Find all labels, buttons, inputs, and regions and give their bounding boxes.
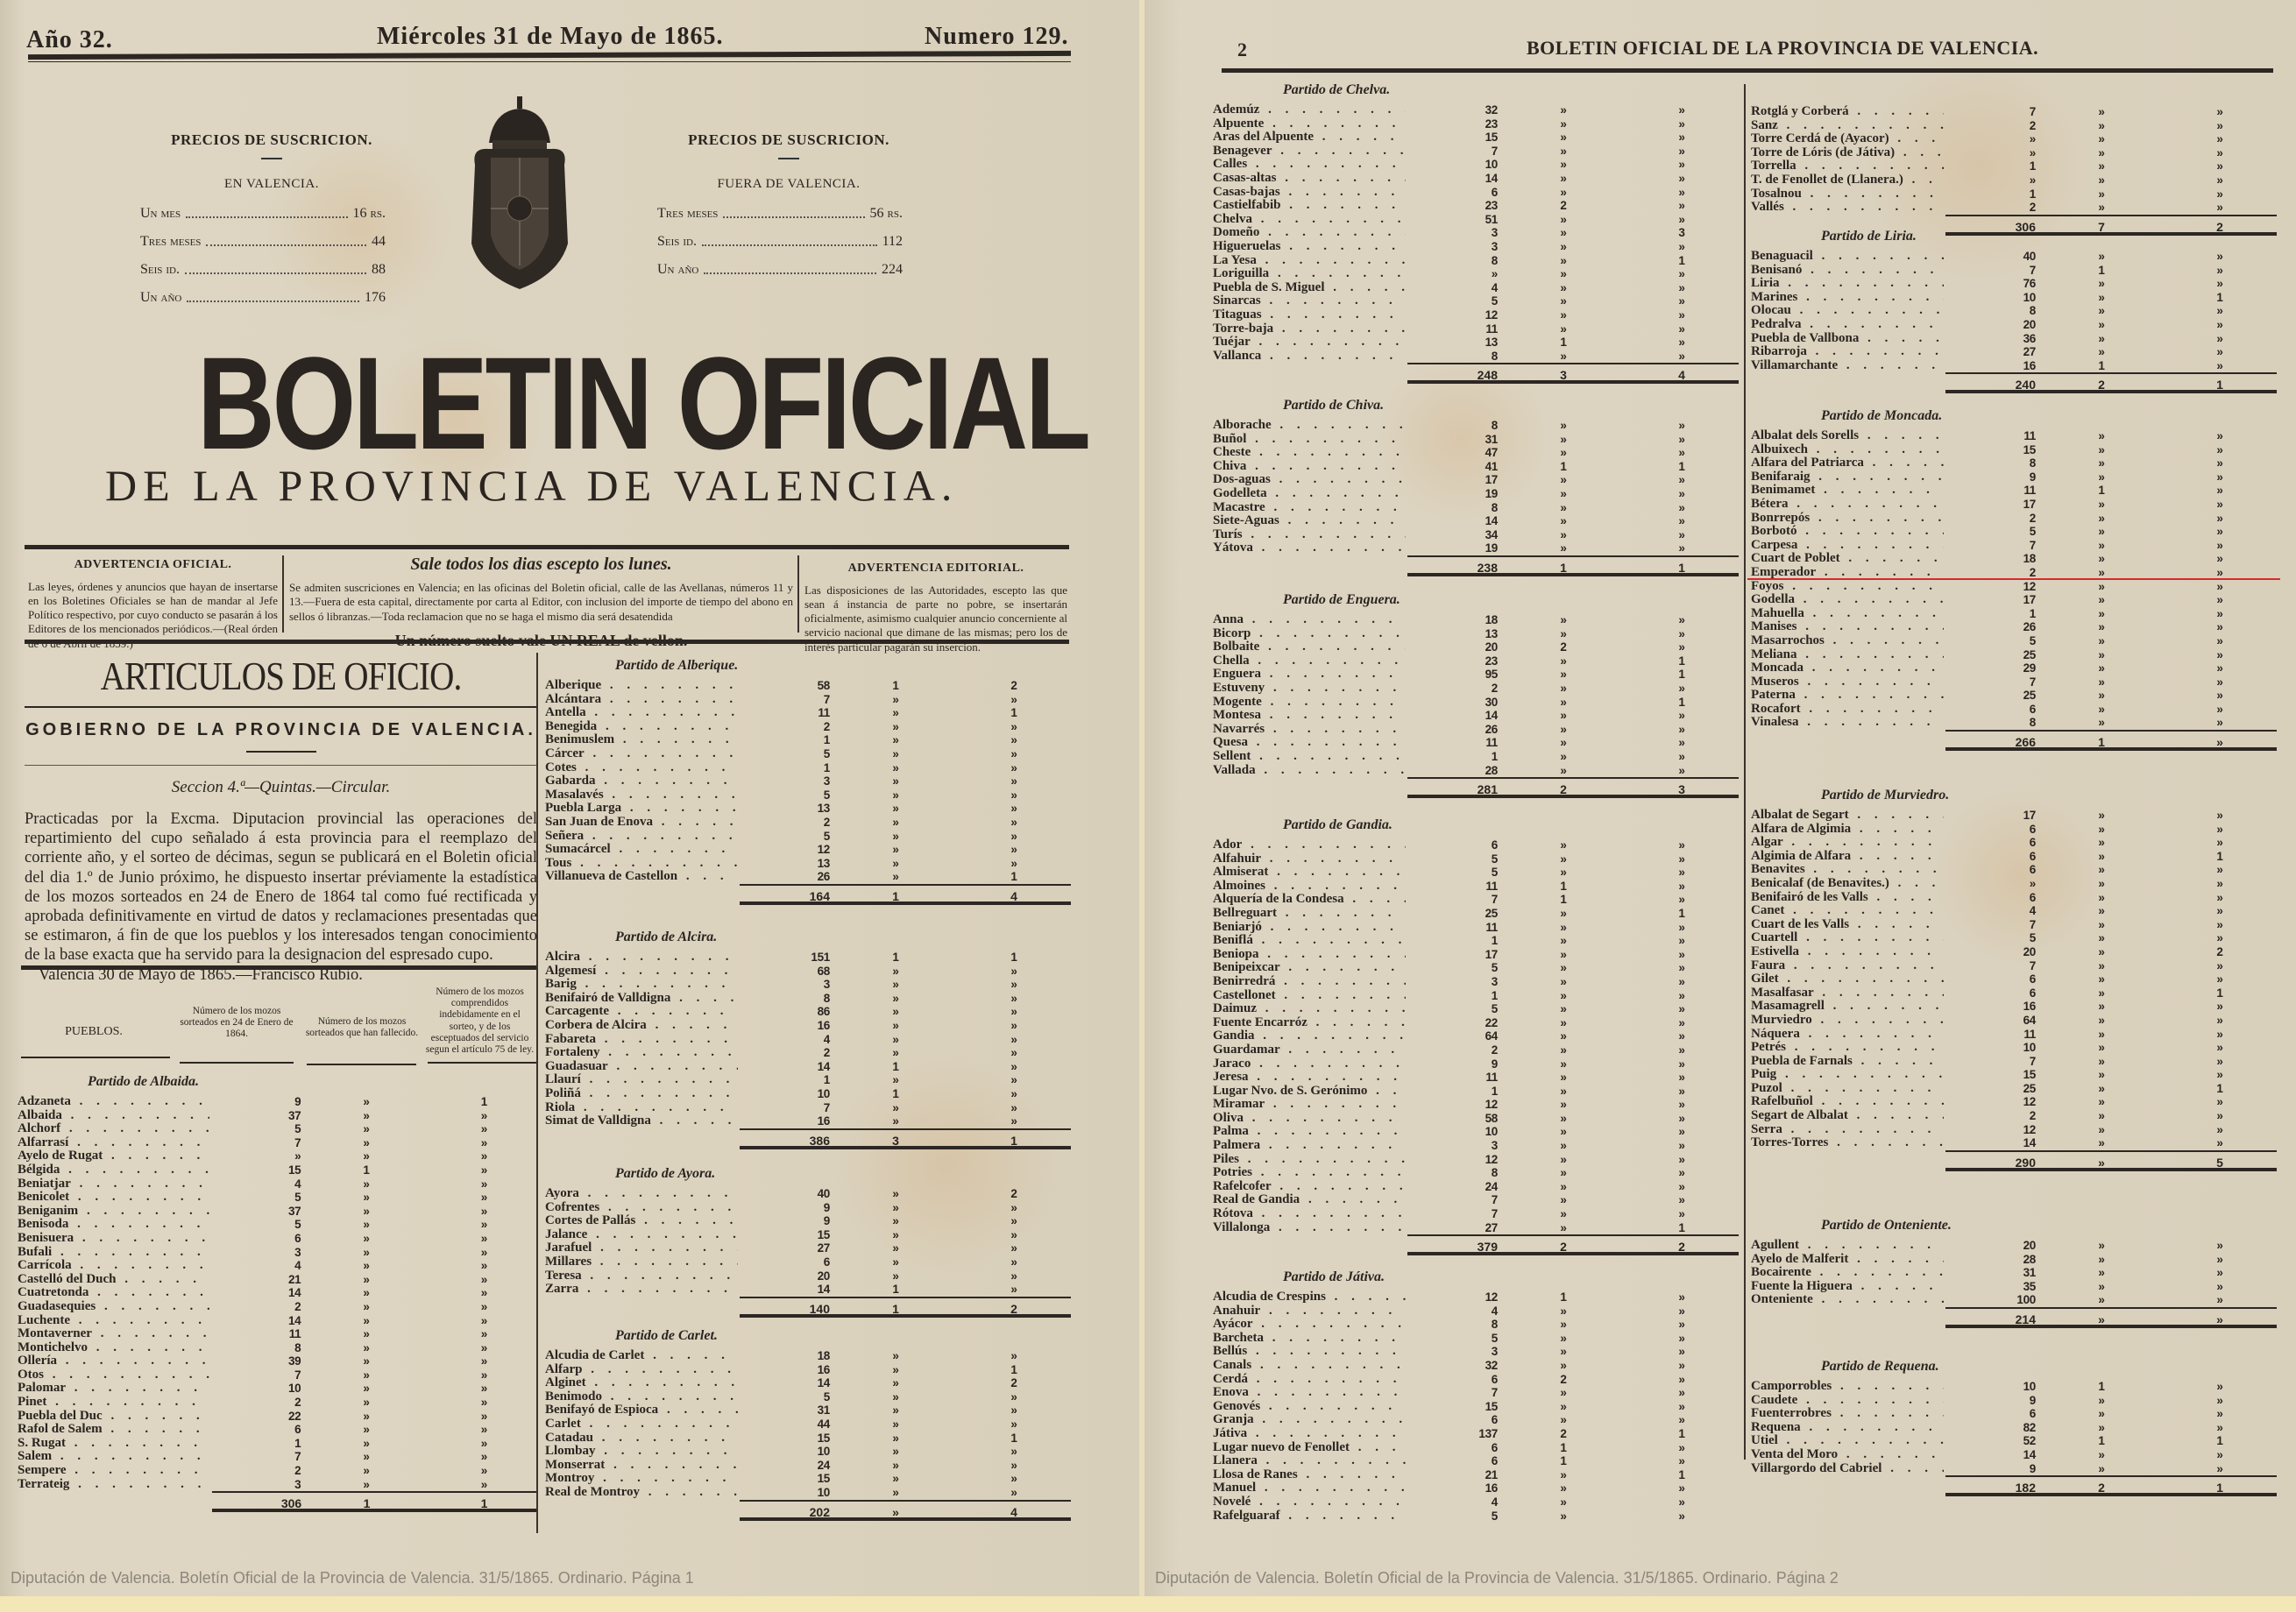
pueblo-name: Genovés	[1213, 1400, 1406, 1414]
mozos-sorteados: »	[1406, 267, 1498, 281]
indebidos: »	[1629, 1112, 1734, 1126]
table-row: Cortes de Pallás9»»	[545, 1214, 1071, 1228]
fallecidos: »	[2036, 661, 2167, 675]
table-row: Rótova7»»	[1213, 1207, 1739, 1221]
mozos-sorteados: 10	[738, 1486, 830, 1500]
mozos-sorteados: 5	[738, 1390, 830, 1404]
indebidos: »	[2167, 1407, 2272, 1421]
indebidos: »	[961, 1046, 1067, 1060]
mozos-sorteados: 7	[1406, 1386, 1498, 1400]
table-row: Quesa11»»	[1213, 736, 1739, 750]
indebidos: »	[1629, 1057, 1734, 1071]
table-row: Castellonet1»»	[1213, 989, 1739, 1003]
partido-heading: Partido de Murviedro.	[1751, 782, 2277, 809]
indebidos: »	[2167, 1068, 2272, 1082]
pueblo-name: Petrés	[1751, 1041, 1944, 1055]
pueblo-name: Benipeixcar	[1213, 961, 1406, 975]
mozos-sorteados: 2	[1944, 1109, 2036, 1123]
mozos-sorteados: 5	[738, 788, 830, 802]
indebidos: »	[2167, 470, 2272, 484]
table-row: Foyos12»»	[1751, 580, 2277, 594]
table-row: Utiel5211	[1751, 1434, 2277, 1448]
mozos-sorteados: 2	[738, 1046, 830, 1060]
table-row: Potries8»»	[1213, 1166, 1739, 1180]
indebidos: »	[1629, 613, 1734, 627]
fallecidos: »	[301, 1464, 431, 1478]
fallecidos: »	[2036, 1462, 2167, 1476]
pueblo-name: Ademúz	[1213, 103, 1406, 117]
pueblo-name: Canals	[1213, 1359, 1406, 1373]
fallecidos: »	[2036, 703, 2167, 717]
pueblo-name: Llaurí	[545, 1073, 738, 1087]
fallecidos: »	[2036, 132, 2167, 146]
pueblo-name: Enova	[1213, 1386, 1406, 1400]
mozos-sorteados: 5	[209, 1191, 301, 1205]
indebidos: »	[961, 1101, 1067, 1115]
indebidos: »	[1629, 1098, 1734, 1112]
mozos-sorteados: 14	[1406, 709, 1498, 723]
indebidos: »	[1629, 186, 1734, 200]
table-row: Borbotó5»»	[1751, 525, 2277, 539]
pueblo-name: Benagever	[1213, 145, 1406, 159]
indebidos: »	[2167, 904, 2272, 918]
pueblo-name: Bonrrepós	[1751, 512, 1944, 526]
pueblo-name: Turís	[1213, 528, 1406, 542]
mozos-sorteados: 5	[1406, 961, 1498, 975]
masthead-title: BOLETIN OFICIAL	[197, 337, 1088, 469]
fallecidos: 1	[1498, 880, 1629, 894]
table-row: Benicalaf (de Benavites.)»»»	[1751, 877, 2277, 891]
fallecidos: »	[1498, 1481, 1629, 1495]
pueblo-name: Algemesí	[545, 965, 738, 979]
pueblo-name: Palomar	[18, 1382, 209, 1396]
mozos-sorteados: 68	[738, 965, 830, 979]
pueblo-name: Manuel	[1213, 1481, 1406, 1495]
indebidos: »	[1629, 934, 1734, 948]
mozos-sorteados: 1	[1944, 187, 2036, 201]
mozos-sorteados: 28	[1944, 1253, 2036, 1267]
fallecidos: »	[1498, 948, 1629, 962]
table-row: Canet4»»	[1751, 904, 2277, 918]
fallecidos: »	[830, 1187, 961, 1201]
indebidos: »	[1629, 158, 1734, 172]
table-row: Sumacárcel12»»	[545, 843, 1071, 857]
table-row: Calles10»»	[1213, 158, 1739, 172]
pueblo-name: Guardamar	[1213, 1043, 1406, 1057]
mozos-sorteados: 8	[1406, 501, 1498, 515]
indebidos: »	[2167, 264, 2272, 278]
pueblo-name: Ribarroja	[1751, 345, 1944, 359]
mozos-sorteados: 21	[1406, 1468, 1498, 1482]
indebidos: »	[1629, 1332, 1734, 1346]
fallecidos: »	[1498, 1166, 1629, 1180]
table-row: Tous13»»	[545, 857, 1071, 871]
total-value: 2	[1498, 779, 1629, 795]
mozos-sorteados: 25	[1406, 907, 1498, 921]
mozos-sorteados: 6	[1944, 1407, 2036, 1421]
pueblo-name: Cotes	[545, 761, 738, 775]
mozos-sorteados: 8	[1406, 350, 1498, 364]
table-row: Rafelbuñol12»»	[1751, 1095, 2277, 1109]
fallecidos: »	[2036, 291, 2167, 305]
indebidos: »	[1629, 308, 1734, 322]
pueblo-name: Poliñá	[545, 1087, 738, 1101]
pueblo-name: Daimuz	[1213, 1002, 1406, 1016]
table-row: Benicolet5»»	[18, 1191, 536, 1205]
indebidos: »	[1629, 764, 1734, 778]
table-row: Benifairó de les Valls6»»	[1751, 891, 2277, 905]
total-value: 1	[2167, 374, 2272, 390]
total-value: 1	[432, 1493, 536, 1509]
table-row: Vallada28»»	[1213, 764, 1739, 778]
mozos-sorteados: 14	[1944, 1448, 2036, 1462]
indebidos: »	[432, 1259, 536, 1273]
pueblo-name: Barig	[545, 978, 738, 992]
table-row: Fuente la Higuera35»»	[1751, 1280, 2277, 1294]
fallecidos: »	[830, 870, 961, 884]
indebidos: »	[961, 1255, 1067, 1269]
pueblo-name: Mahuella	[1751, 607, 1944, 621]
table-row: Chiva4111	[1213, 460, 1739, 474]
pueblo-name: Riola	[545, 1101, 738, 1115]
pueblo-name: Algimia de Alfara	[1751, 850, 1944, 864]
indebidos: »	[432, 1382, 536, 1396]
page-1-credit: Diputación de Valencia. Boletín Oficial …	[11, 1569, 694, 1587]
table-row: Benifayó de Espioca31»»	[545, 1403, 1071, 1418]
price-row: Tres meses56 rs.	[657, 206, 903, 222]
pueblo-name: Rotglá y Corberá	[1751, 105, 1944, 119]
fallecidos: »	[830, 1073, 961, 1087]
pueblo-name: Jeresa	[1213, 1071, 1406, 1085]
indebidos: »	[2167, 1253, 2272, 1267]
table-row: Rafelguaraf5»»	[1213, 1509, 1739, 1524]
partido-total: 18221	[1945, 1475, 2277, 1496]
mozos-sorteados: 9	[1944, 1394, 2036, 1408]
indebidos: »	[2167, 836, 2272, 850]
mozos-sorteados: 7	[1944, 105, 2036, 119]
authority-title: GOBIERNO DE LA PROVINCIA DE VALENCIA.	[25, 720, 537, 740]
pueblo-name: Sinarcas	[1213, 294, 1406, 308]
fallecidos: »	[301, 1205, 431, 1219]
fallecidos: »	[830, 1214, 961, 1228]
indebidos: »	[2167, 1014, 2272, 1028]
mozos-sorteados: 23	[1406, 654, 1498, 668]
fallecidos: 1	[2036, 264, 2167, 278]
mozos-sorteados: 14	[209, 1314, 301, 1328]
indebidos: »	[1629, 1318, 1734, 1332]
fallecidos: »	[1498, 145, 1629, 159]
fallecidos: »	[1498, 117, 1629, 131]
indebidos: »	[1629, 501, 1734, 515]
indebidos: »	[432, 1396, 536, 1410]
table-row: Llanera61»	[1213, 1454, 1739, 1468]
mozos-sorteados: 10	[1944, 291, 2036, 305]
mozos-sorteados: 37	[209, 1109, 301, 1123]
table-row: Bellús3»»	[1213, 1345, 1739, 1359]
indebidos: »	[2167, 250, 2272, 264]
fallecidos: »	[830, 1459, 961, 1473]
mozos-sorteados: 35	[1944, 1280, 2036, 1294]
pueblo-name: Cuatretonda	[18, 1286, 209, 1300]
fallecidos: »	[2036, 443, 2167, 457]
fallecidos: »	[830, 693, 961, 707]
total-value: 281	[1407, 779, 1498, 795]
fallecidos: »	[1498, 541, 1629, 555]
mozos-sorteados: 14	[1406, 172, 1498, 186]
table-row: Pinet2»»	[18, 1396, 536, 1410]
pueblo-name: Piles	[1213, 1153, 1406, 1167]
mozos-sorteados: 2	[1944, 512, 2036, 526]
pueblo-name: Puzol	[1751, 1082, 1944, 1096]
pueblo-name: Torre Cerdá de (Ayacor)	[1751, 132, 1944, 146]
pueblo-name: Estuveny	[1213, 682, 1406, 696]
prices-right-subtitle: FUERA DE VALENCIA.	[657, 177, 920, 192]
table-row: Manises26»»	[1751, 620, 2277, 634]
table-row: Higueruelas3»»	[1213, 240, 1739, 254]
indebidos: »	[961, 774, 1067, 788]
table-row: Cotes1»»	[545, 761, 1071, 775]
fallecidos: »	[2036, 648, 2167, 662]
total-value: 2	[1629, 1236, 1734, 1252]
table-row: Terrateig3»»	[18, 1478, 536, 1492]
partido-heading: Partido de Gandia.	[1213, 812, 1739, 838]
pueblo-name: Tous	[545, 857, 738, 871]
indebidos: »	[2167, 703, 2272, 717]
table-row: Villanueva de Castellon26»1	[545, 870, 1071, 884]
table-row: S. Rugat1»»	[18, 1437, 536, 1451]
mozos-sorteados: 32	[1406, 1359, 1498, 1373]
mozos-sorteados: 26	[1406, 723, 1498, 737]
partido-total: 290»5	[1945, 1150, 2277, 1171]
table-row: La Yesa8»1	[1213, 254, 1739, 268]
mozos-sorteados: 14	[1406, 514, 1498, 528]
mozos-sorteados: 17	[1406, 473, 1498, 487]
pueblo-name: Cuartell	[1751, 931, 1944, 945]
pueblo-name: Puebla del Duc	[18, 1410, 209, 1424]
mozos-sorteados: 52	[1944, 1434, 2036, 1448]
mozos-sorteados: 14	[1944, 1136, 2036, 1150]
pueblo-name: Vallés	[1751, 201, 1944, 215]
pueblo-name: Masalfasar	[1751, 986, 1944, 1000]
mozos-sorteados: 29	[1944, 661, 2036, 675]
indebidos: »	[2167, 512, 2272, 526]
pueblo-name: Dos-aguas	[1213, 473, 1406, 487]
indebidos: »	[2167, 552, 2272, 566]
prices-left-subtitle: EN VALENCIA.	[140, 177, 403, 192]
prices-left: PRECIOS DE SUSCRICION. EN VALENCIA. Un m…	[140, 131, 403, 318]
pueblo-name: Enguera	[1213, 668, 1406, 682]
pueblo-name: Montichelvo	[18, 1341, 209, 1355]
pueblo-name: Torre de Lóris (de Játiva)	[1751, 146, 1944, 160]
fallecidos: »	[2036, 470, 2167, 484]
table-row: Alfahuir5»»	[1213, 852, 1739, 866]
fallecidos: »	[830, 1403, 961, 1418]
pueblo-name: Murviedro	[1751, 1014, 1944, 1028]
indebidos: »	[432, 1341, 536, 1355]
indebidos: »	[1629, 1481, 1734, 1495]
pueblo-name: Anna	[1213, 613, 1406, 627]
fallecidos: »	[2036, 318, 2167, 332]
mozos-sorteados: 9	[738, 1214, 830, 1228]
fallecidos: »	[830, 802, 961, 816]
pueblo-name: Carpesa	[1751, 539, 1944, 553]
indebidos: »	[961, 733, 1067, 747]
pueblo-name: Moncada	[1751, 661, 1944, 675]
fallecidos: »	[1498, 1016, 1629, 1030]
indebidos: 2	[961, 1187, 1067, 1201]
indebidos: »	[1629, 350, 1734, 364]
mozos-sorteados: 25	[1944, 648, 2036, 662]
mozos-sorteados: 5	[738, 830, 830, 844]
pueblo-name: Faura	[1751, 959, 1944, 973]
pueblo-name: La Yesa	[1213, 254, 1406, 268]
table-row: Albaida37»»	[18, 1109, 536, 1123]
pueblo-name: Fuente Encarróz	[1213, 1016, 1406, 1030]
indebidos: »	[2167, 1095, 2272, 1109]
table-row: Vinalesa8»»	[1751, 716, 2277, 730]
partido-albaida: Partido de Albaida.Adzaneta9»1Albaida37»…	[18, 1069, 536, 1524]
table-row: Jaraco9»»	[1213, 1057, 1739, 1071]
table-row: Godella17»»	[1751, 593, 2277, 607]
pueblo-name: Torres-Torres	[1751, 1136, 1944, 1150]
pueblo-name: Almiserat	[1213, 866, 1406, 880]
pueblo-name: Rafelguaraf	[1213, 1509, 1406, 1524]
mozos-sorteados: 26	[738, 870, 830, 884]
mozos-sorteados: 5	[1944, 634, 2036, 648]
mozos-sorteados: 17	[1944, 593, 2036, 607]
indebidos: »	[2167, 716, 2272, 730]
indebidos: »	[432, 1205, 536, 1219]
indebidos: »	[2167, 1028, 2272, 1042]
mozos-sorteados: 10	[738, 1087, 830, 1101]
table-row: Beniflá1»»	[1213, 934, 1739, 948]
fallecidos: »	[301, 1410, 431, 1424]
table-row: Petrés10»»	[1751, 1041, 2277, 1055]
pueblo-name: Señera	[545, 830, 738, 844]
pueblo-name: Simat de Valldigna	[545, 1114, 738, 1128]
indebidos: »	[961, 1019, 1067, 1033]
mozos-sorteados: 76	[1944, 277, 2036, 291]
pueblo-name: Montroy	[545, 1472, 738, 1486]
indebidos: »	[2167, 1448, 2272, 1462]
pueblo-name: Ayelo de Malferit	[1751, 1253, 1944, 1267]
table-row: Vallés2»»	[1751, 201, 2277, 215]
mozos-sorteados: 5	[209, 1122, 301, 1136]
indebidos: »	[2167, 443, 2272, 457]
mozos-sorteados: 7	[1944, 539, 2036, 553]
fallecidos: 2	[1498, 199, 1629, 213]
fallecidos: »	[1498, 1139, 1629, 1153]
table-row: Genovés15»»	[1213, 1400, 1739, 1414]
table-row: Castielfabib232»	[1213, 199, 1739, 213]
pueblo-name: Serra	[1751, 1123, 1944, 1137]
indebidos: 1	[1629, 254, 1734, 268]
indebidos: »	[2167, 105, 2272, 119]
mozos-sorteados: 15	[1944, 443, 2036, 457]
fallecidos: »	[2036, 1014, 2167, 1028]
pueblo-name: Godella	[1751, 593, 1944, 607]
table-row: Beniatjar4»»	[18, 1177, 536, 1191]
mozos-sorteados: 39	[209, 1354, 301, 1368]
pueblo-name: Ollería	[18, 1354, 209, 1368]
indebidos: »	[1629, 627, 1734, 641]
table-row: Monserrat24»»	[545, 1459, 1071, 1473]
fallecidos: »	[830, 1418, 961, 1432]
indebidos: »	[1629, 473, 1734, 487]
indebidos: »	[432, 1423, 536, 1437]
pueblo-name: Villanueva de Castellon	[545, 870, 738, 884]
mozos-sorteados: 10	[1944, 1380, 2036, 1394]
table-row: Señera5»»	[545, 830, 1071, 844]
table-row: Jalance15»»	[545, 1228, 1071, 1242]
fallecidos: »	[1498, 254, 1629, 268]
indebidos: 1	[2167, 1434, 2272, 1448]
mozos-sorteados: 16	[738, 1114, 830, 1128]
mozos-sorteados: 30	[1406, 696, 1498, 710]
total-value: »	[2167, 1309, 2272, 1325]
table-row: Alborache8»»	[1213, 419, 1739, 433]
mozos-sorteados: 17	[1944, 498, 2036, 512]
fallecidos: »	[1498, 921, 1629, 935]
pueblo-name: Estivella	[1751, 945, 1944, 959]
indebidos: »	[432, 1478, 536, 1492]
mozos-sorteados: 41	[1406, 460, 1498, 474]
fallecidos: »	[1498, 322, 1629, 336]
fallecidos: »	[2036, 836, 2167, 850]
mozos-sorteados: 5	[209, 1218, 301, 1232]
pueblo-name: Guadasequies	[18, 1300, 209, 1314]
indebidos: 1	[1629, 1468, 1734, 1482]
indebidos: »	[432, 1136, 536, 1150]
mozos-sorteados: 4	[209, 1259, 301, 1273]
pueblo-name: Olocau	[1751, 304, 1944, 318]
fallecidos: »	[830, 978, 961, 992]
table-row: Sinarcas5»»	[1213, 294, 1739, 308]
pueblo-name: Requena	[1751, 1421, 1944, 1435]
fallecidos: »	[830, 1228, 961, 1242]
pueblo-name: Villalonga	[1213, 1221, 1406, 1235]
indebidos: »	[2167, 1380, 2272, 1394]
mozos-sorteados: 10	[1944, 1041, 2036, 1055]
table-row: Navarrés26»»	[1213, 723, 1739, 737]
fallecidos: »	[2036, 850, 2167, 864]
indebidos: »	[2167, 359, 2272, 373]
indebidos: »	[2167, 891, 2272, 905]
indebidos: 1	[1629, 1427, 1734, 1441]
pueblo-name: Jaraco	[1213, 1057, 1406, 1071]
mozos-sorteados: 14	[738, 1283, 830, 1297]
pueblo-name: Vinalesa	[1751, 716, 1944, 730]
indebidos: »	[432, 1232, 536, 1246]
fallecidos: »	[2036, 904, 2167, 918]
table-row: Beniarjó11»»	[1213, 921, 1739, 935]
table-row: Villalonga27»1	[1213, 1221, 1739, 1235]
fallecidos: »	[2036, 1239, 2167, 1253]
indebidos: »	[1629, 267, 1734, 281]
table-row: Camporrobles101»	[1751, 1380, 2277, 1394]
partido-heading: Partido de Moncada.	[1751, 403, 2277, 429]
mozos-sorteados: 14	[738, 1376, 830, 1390]
pueblo-name: Beniganim	[18, 1205, 209, 1219]
table-row: Torre de Lóris (de Játiva)»»»	[1751, 146, 2277, 160]
mozos-sorteados: 18	[738, 1349, 830, 1363]
mozos-sorteados: 13	[738, 857, 830, 871]
table-row: Oliva58»»	[1213, 1112, 1739, 1126]
mozos-sorteados: 36	[1944, 332, 2036, 346]
fallecidos: »	[830, 1114, 961, 1128]
mozos-sorteados: 1	[738, 761, 830, 775]
mozos-sorteados: »	[1944, 132, 2036, 146]
